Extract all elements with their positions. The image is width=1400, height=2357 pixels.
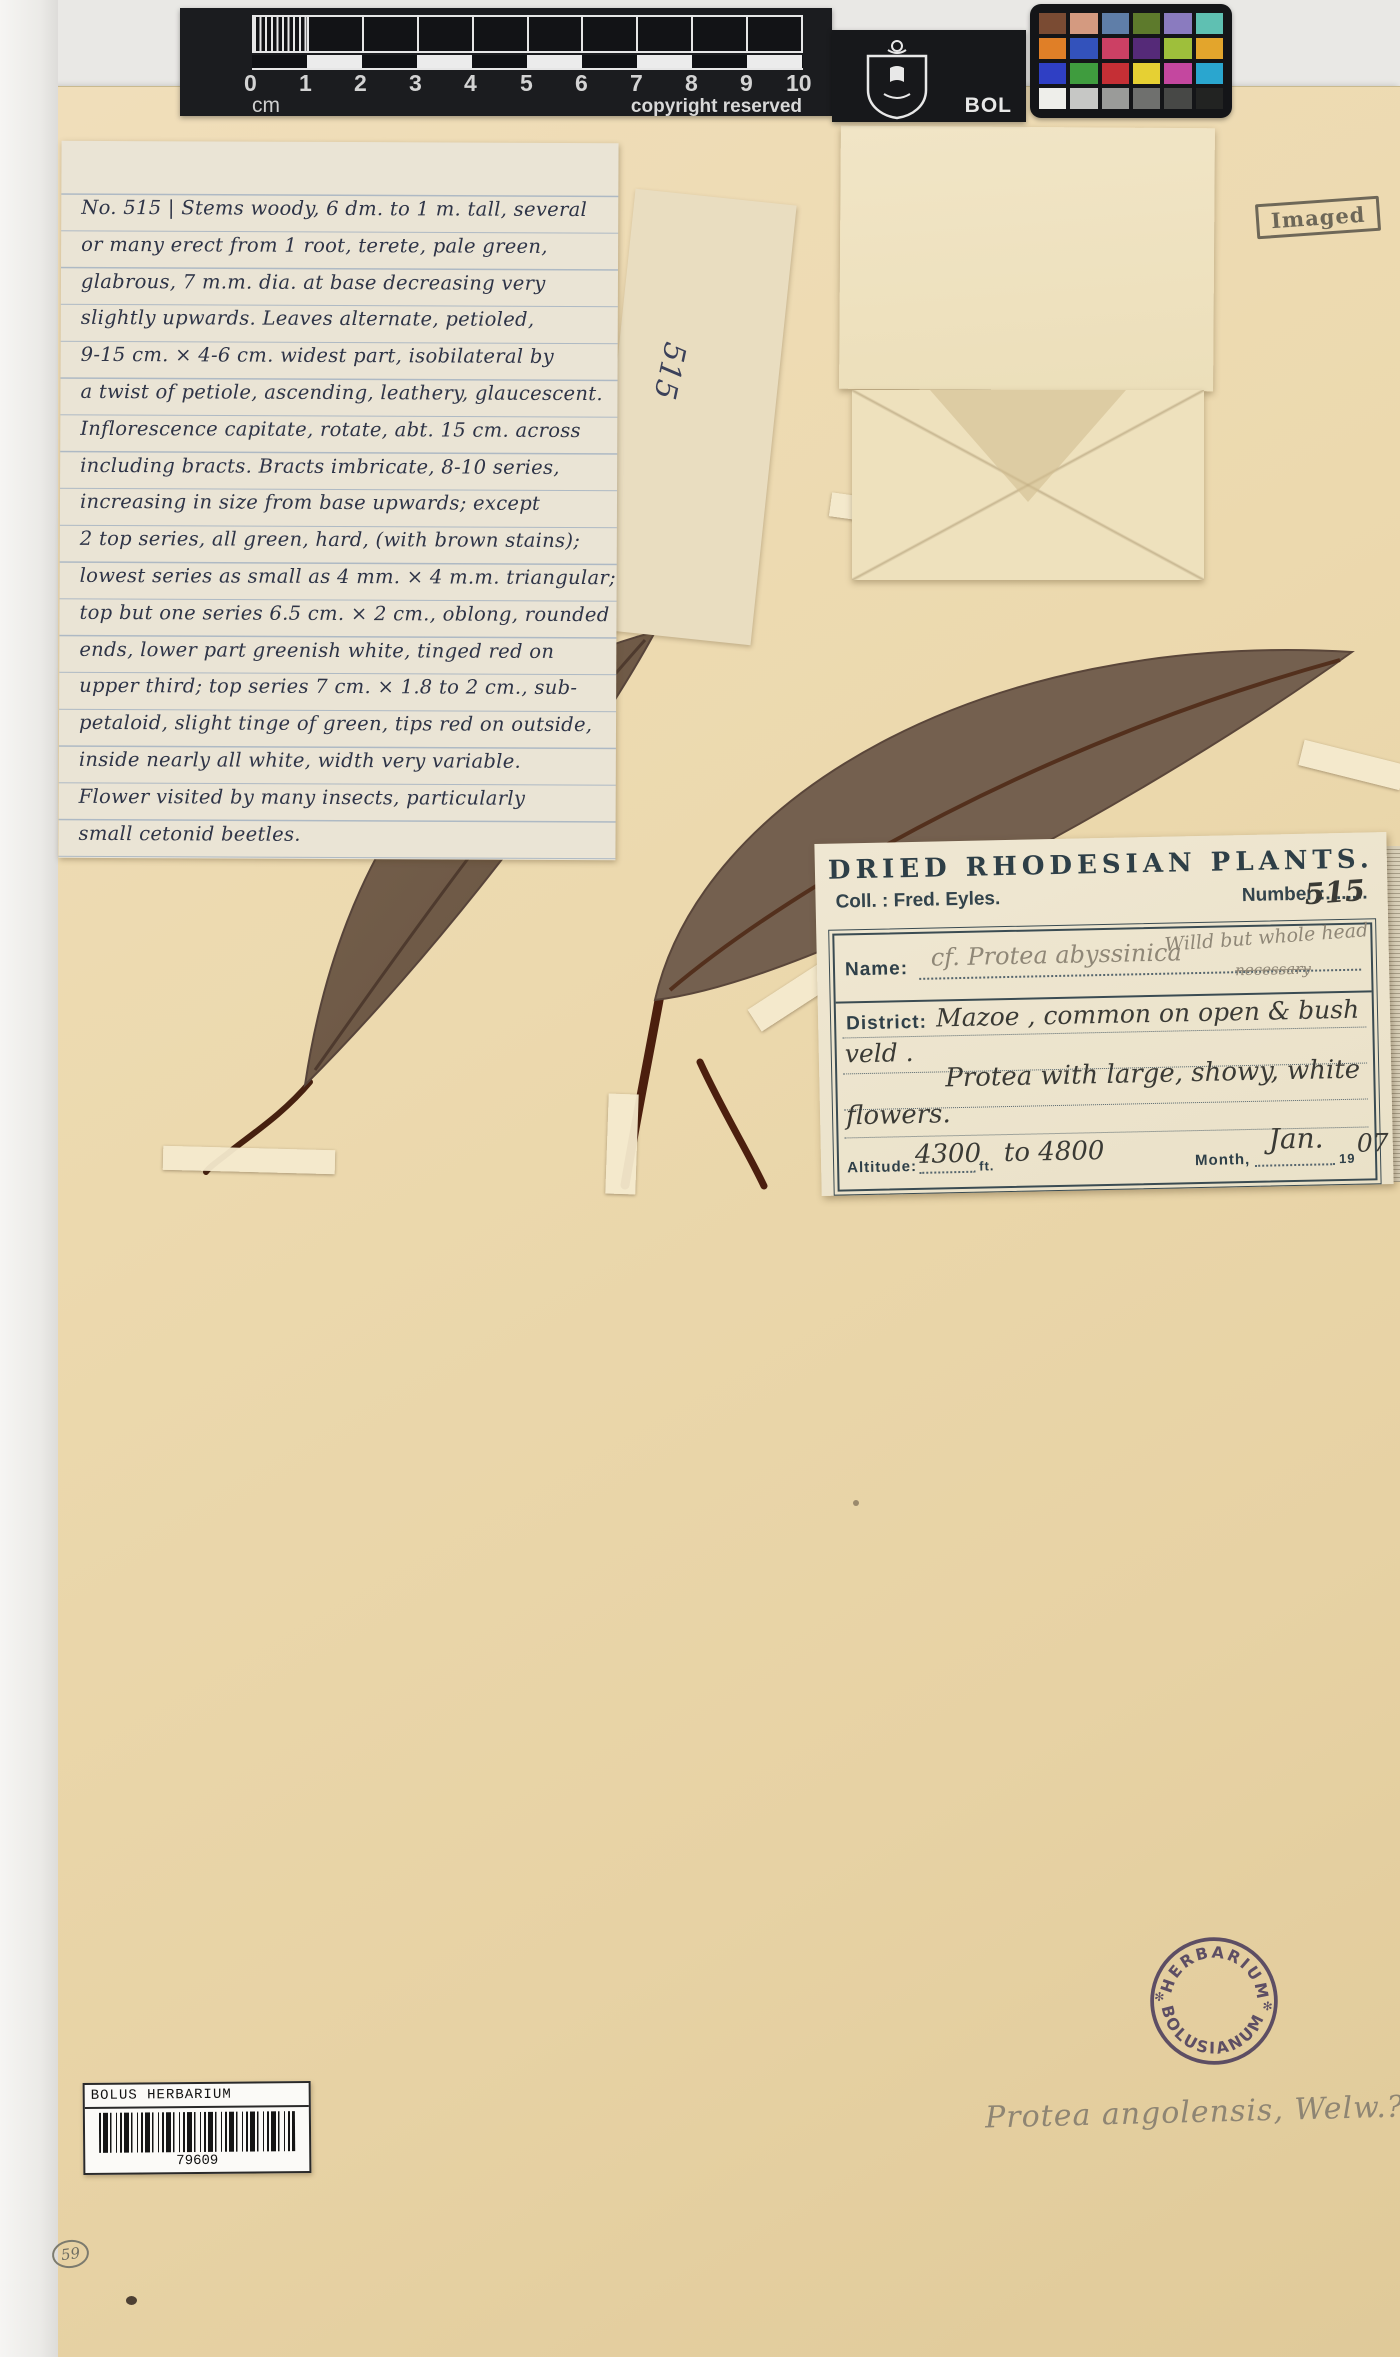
barcode-bars [99, 2111, 295, 2153]
envelope-fold [930, 390, 1126, 502]
color-swatch [1070, 88, 1097, 109]
note-line: No. 515 | Stems woody, 6 dm. to 1 m. tal… [81, 191, 618, 230]
svg-text:HERBARIUM: HERBARIUM [1156, 1938, 1277, 2004]
specimen-label: DRIED RHODESIAN PLANTS. Coll. : Fred. Ey… [814, 832, 1393, 1196]
district-value: Mazoe , common on open & bush [936, 995, 1360, 1033]
stamp-star-right: ✻ [1262, 1999, 1273, 2014]
month-dotline [1255, 1163, 1335, 1167]
barcode-institution: BOLUS HERBARIUM [85, 2083, 309, 2109]
note-line: or many erect from 1 root, terete, pale … [81, 228, 618, 267]
seed-envelope-flap [839, 126, 1215, 392]
year-value: 07 [1356, 1128, 1388, 1158]
color-swatch [1070, 13, 1097, 34]
color-swatch [1070, 63, 1097, 84]
bol-logo-text: BOL [965, 94, 1012, 118]
year-prefix: 19 [1339, 1151, 1356, 1166]
color-swatch [1039, 88, 1066, 109]
note-line: Flower visited by many insects, particul… [79, 780, 616, 819]
note-line: small cetonid beetles. [78, 816, 615, 855]
stamp-star-left: ✻ [1154, 1989, 1165, 2004]
note-line: petaloid, slight tinge of green, tips re… [79, 706, 616, 745]
altitude-value: 4300 [915, 1139, 982, 1170]
copyright-text: copyright reserved [631, 96, 802, 118]
ruler-number: 2 [354, 70, 367, 97]
ruler-number: 5 [520, 70, 533, 97]
color-swatch [1102, 38, 1129, 59]
label-collector-row: Coll. : Fred. Eyles. Number :........ 51… [835, 880, 1368, 923]
ruler-number: 1 [299, 70, 312, 97]
color-swatch [1102, 88, 1129, 109]
altitude-to: to 4800 [1004, 1136, 1105, 1168]
herbarium-round-stamp: HERBARIUM BOLUSIANUM ✻ ✻ [1133, 1920, 1296, 2083]
name-row: Name: cf. Protea abyssinica Willd but wh… [834, 924, 1371, 1003]
color-swatch [1164, 13, 1191, 34]
color-swatch [1102, 63, 1129, 84]
name-label: Name: [845, 958, 909, 981]
barcode-number: 79609 [85, 2151, 309, 2173]
note-line: increasing in size from base upwards; ex… [80, 485, 617, 524]
note-line: a twist of petiole, ascending, leathery,… [80, 375, 617, 414]
note-line: 2 top series, all green, hard, (with bro… [80, 522, 617, 561]
ruler-unit: cm [252, 94, 280, 118]
bol-logo-block: BOL [832, 30, 1026, 122]
altitude-unit: ft. [979, 1158, 995, 1173]
name-struck: necessary [1235, 960, 1311, 980]
mounting-strip [163, 1146, 336, 1174]
color-swatch [1196, 13, 1223, 34]
ruler-number: 4 [464, 70, 477, 97]
name-value: cf. Protea abyssinica [930, 938, 1182, 971]
university-shield-icon [860, 36, 934, 120]
stamp-bottom-text: BOLUSIANUM [1154, 2001, 1270, 2062]
note-line: upper third; top series 7 cm. × 1.8 to 2… [79, 669, 616, 708]
collection-number: 515 [1304, 873, 1367, 911]
svg-text:BOLUSIANUM: BOLUSIANUM [1154, 2001, 1270, 2062]
note-line: 9-15 cm. × 4-6 cm. widest part, isobilat… [81, 338, 618, 377]
color-swatch [1039, 63, 1066, 84]
ruler-number: 6 [575, 70, 588, 97]
ruler-number: 8 [685, 70, 698, 97]
color-swatch [1039, 38, 1066, 59]
color-swatch [1164, 88, 1191, 109]
ruler-cells [252, 15, 803, 53]
scale-ruler: 0 1 2 3 4 5 6 7 8 9 10 cm copyright rese… [180, 8, 832, 116]
herbarium-scan: 515 0 1 2 3 4 5 6 7 8 9 10 cm copyright … [0, 0, 1400, 2357]
sheet-number: 59 [50, 2238, 91, 2271]
note-line: ends, lower part greenish white, tinged … [79, 632, 616, 671]
altitude-label: Altitude: [847, 1158, 917, 1176]
district-row: District: Mazoe , common on open & bush … [836, 992, 1375, 1139]
label-box: Name: cf. Protea abyssinica Willd but wh… [832, 922, 1377, 1191]
note-line: lowest series as small as 4 mm. × 4 m.m.… [80, 559, 617, 598]
color-swatch [1196, 63, 1223, 84]
district-value-2: veld . [844, 1038, 913, 1068]
stamp-top-text: HERBARIUM [1156, 1938, 1277, 2004]
color-swatch [1133, 88, 1160, 109]
barcode-label: BOLUS HERBARIUM 79609 [83, 2081, 312, 2175]
color-swatch [1070, 38, 1097, 59]
packet-number: 515 [646, 339, 692, 402]
name-note: Willd but whole head [1164, 919, 1369, 956]
ruler-number: 7 [630, 70, 643, 97]
collector: Coll. : Fred. Eyles. [835, 888, 1000, 912]
color-swatch [1133, 63, 1160, 84]
note-line: top but one series 6.5 cm. × 2 cm., oblo… [79, 596, 616, 635]
note-line: slightly upwards. Leaves alternate, peti… [81, 301, 618, 340]
month-value: Jan. [1268, 1121, 1324, 1155]
note-line: including bracts. Bracts imbricate, 8-10… [80, 448, 617, 487]
field-note-card: No. 515 | Stems woody, 6 dm. to 1 m. tal… [58, 141, 618, 860]
ruler-number: 9 [740, 70, 753, 97]
seed-envelope [852, 390, 1204, 580]
ruler-number: 3 [409, 70, 422, 97]
altitude-row: Altitude: 4300 ft. to 4800 Month, Jan. 1… [839, 1128, 1376, 1189]
speck [853, 1500, 859, 1506]
ruler-number: 10 [786, 70, 812, 97]
color-calibration-chart [1030, 4, 1232, 118]
speck [126, 2296, 137, 2305]
color-swatch [1102, 13, 1129, 34]
color-swatch [1133, 38, 1160, 59]
note-line: inside nearly all white, width very vari… [79, 743, 616, 782]
color-swatch [1039, 13, 1066, 34]
color-swatch [1133, 13, 1160, 34]
color-swatch [1164, 38, 1191, 59]
altitude-dotline [919, 1171, 975, 1174]
mounting-strip [605, 1094, 638, 1195]
ruler-vernier [252, 55, 803, 70]
description-line: Protea with large, showy, white [945, 1055, 1360, 1094]
color-swatch [1164, 63, 1191, 84]
ruler-number: 0 [244, 70, 257, 97]
note-line: Inflorescence capitate, rotate, abt. 15 … [80, 412, 617, 451]
month-label: Month, [1195, 1151, 1251, 1169]
description-line-2: flowers. [846, 1099, 951, 1131]
note-line: glabrous, 7 m.m. dia. at base decreasing… [81, 264, 618, 303]
color-swatch [1196, 38, 1223, 59]
sheet-number-annotation: 59 [50, 2238, 91, 2271]
color-swatch [1196, 88, 1223, 109]
district-label: District: [846, 1012, 927, 1036]
